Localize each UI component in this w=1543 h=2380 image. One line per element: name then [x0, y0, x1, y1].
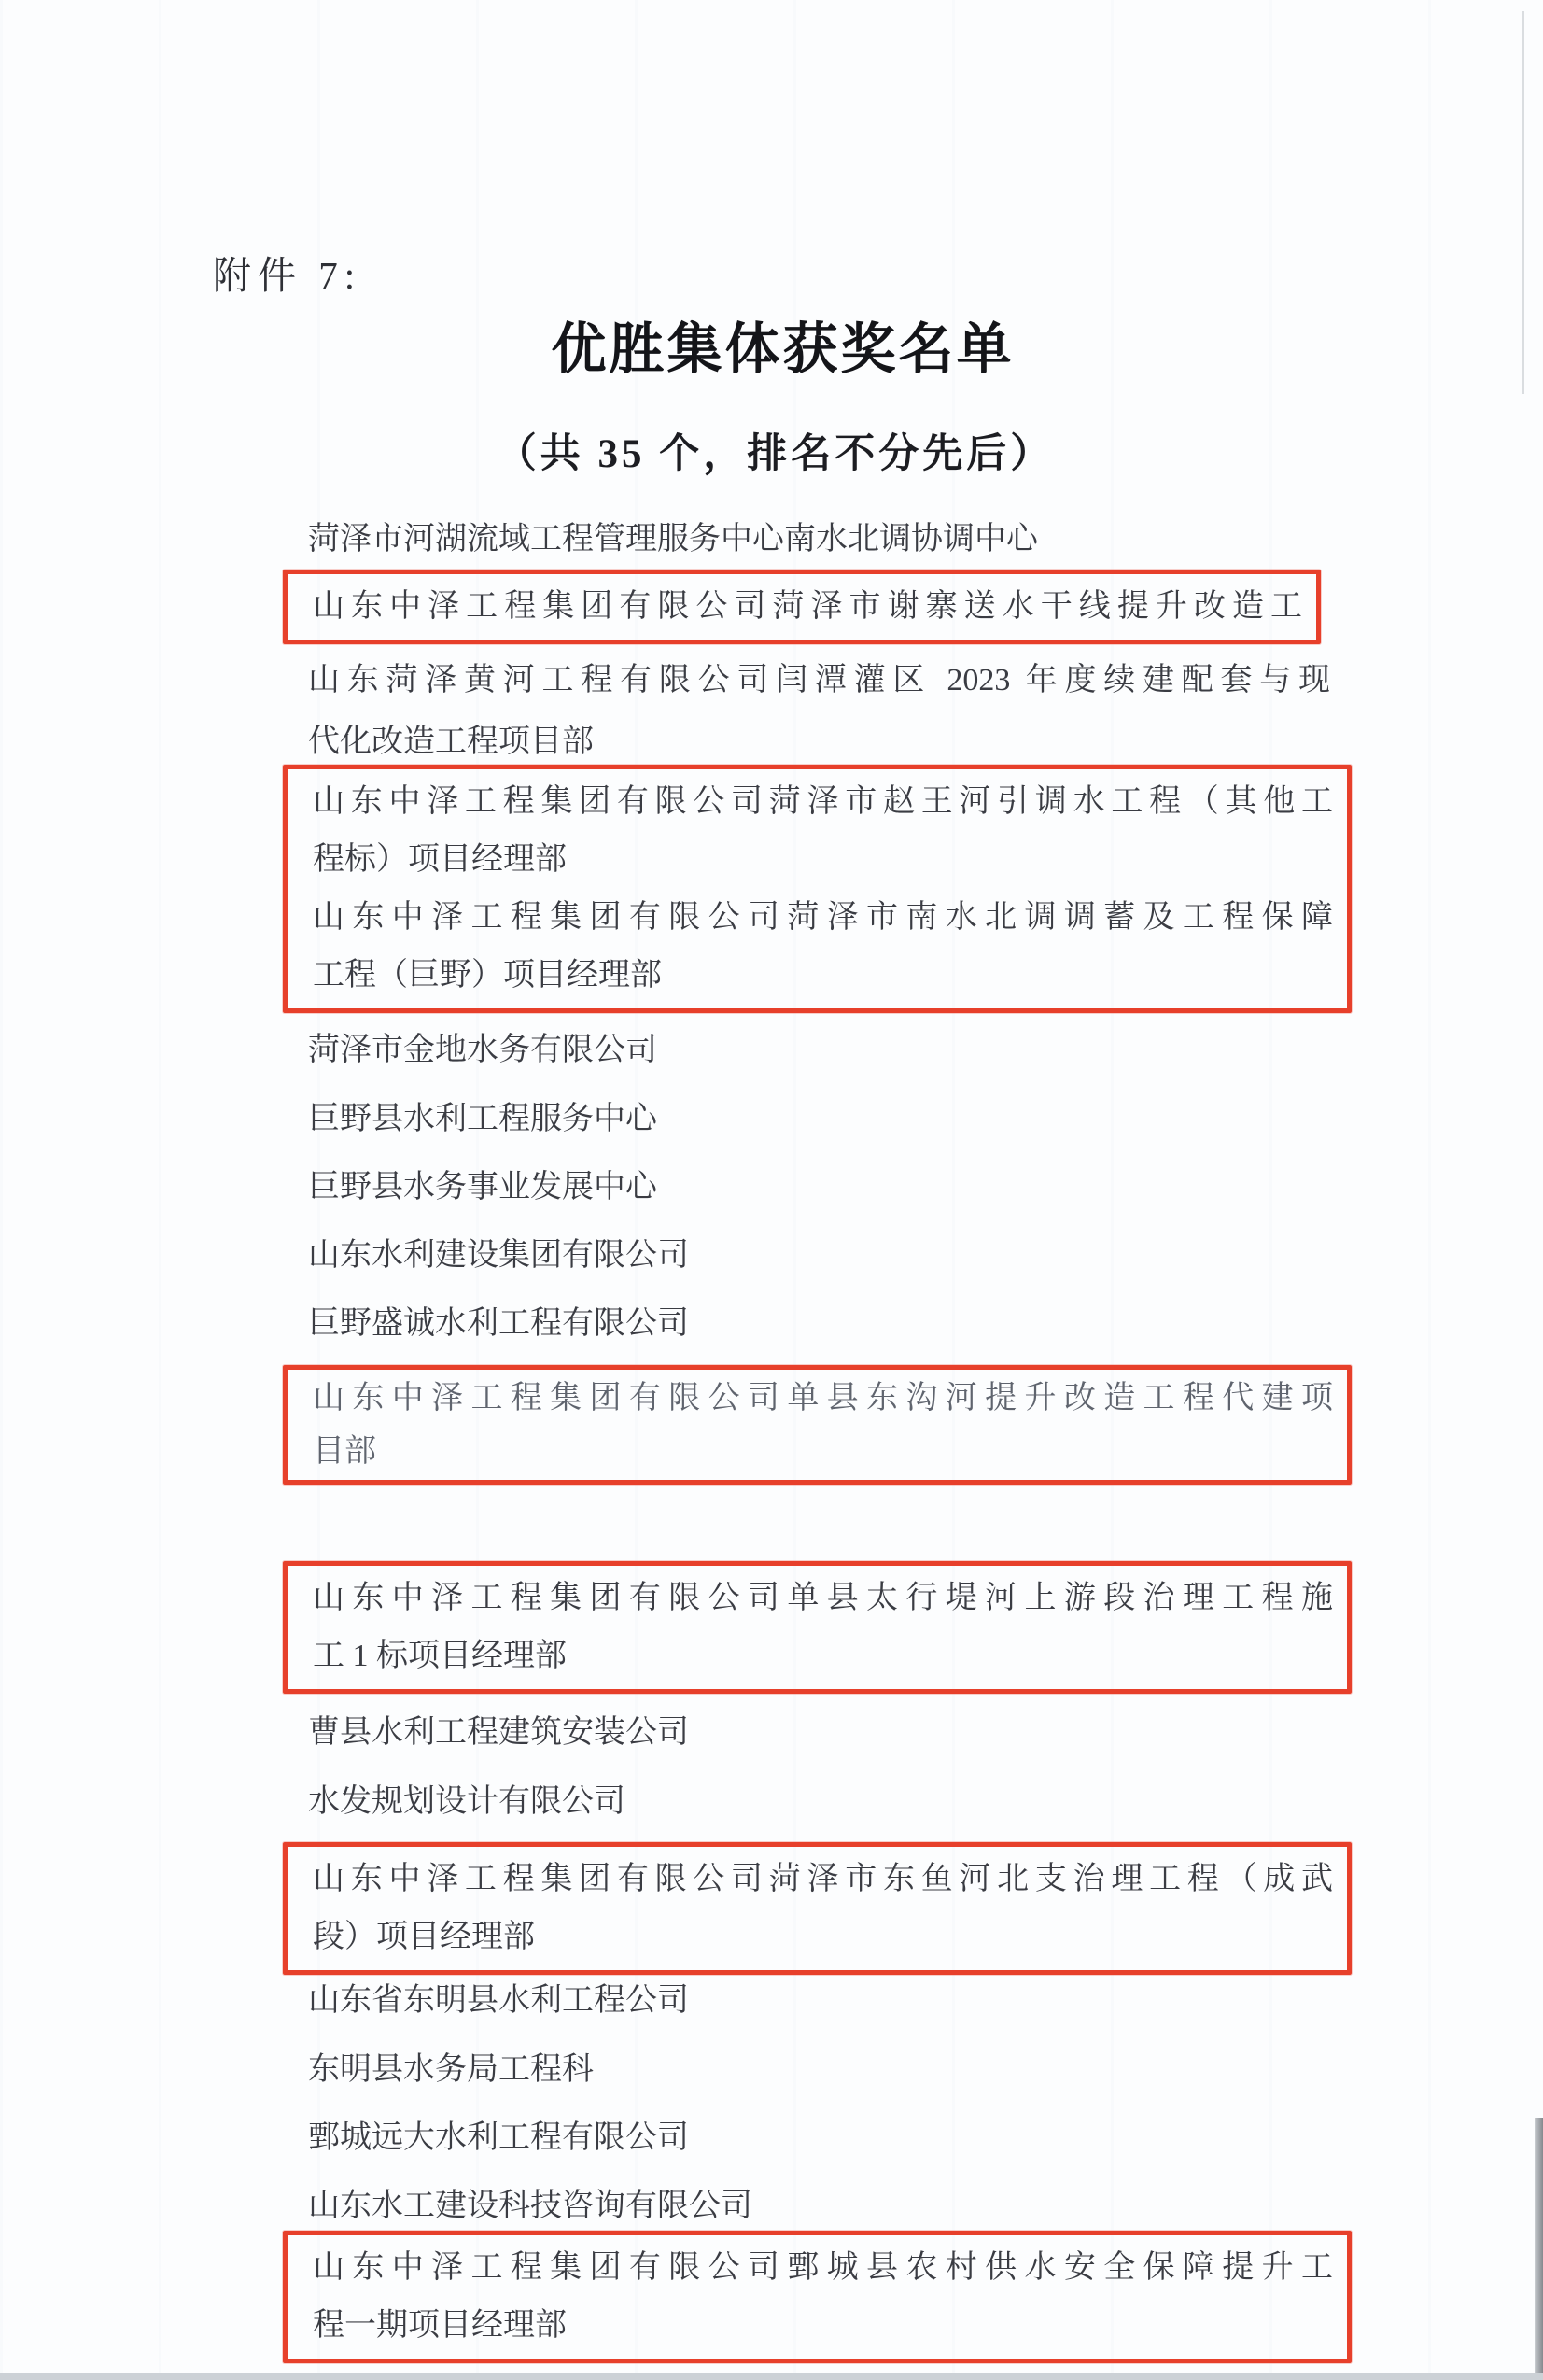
award-entry: 山东中泽工程集团有限公司菏泽市东鱼河北支治理工程（成武段）项目经理部: [313, 1851, 1333, 1966]
entry-line: 山东中泽工程集团有限公司菏泽市赵王河引调水工程（其他工: [313, 773, 1333, 831]
page-edge-shadow-bottom: [0, 2373, 1543, 2380]
document-page: 附件 7: 优胜集体获奖名单 （共 35 个，排名不分先后） 菏泽市河湖流域工程…: [0, 0, 1543, 2380]
entry-block: 巨野盛诚水利工程有限公司: [308, 1289, 1330, 1358]
award-entry: 山东中泽工程集团有限公司菏泽市谢寨送水干线提升改造工: [313, 578, 1302, 636]
award-entry: 菏泽市金地水务有限公司: [308, 1016, 1330, 1084]
entry-block: 东明县水务局工程科: [308, 2035, 1330, 2104]
entry-block: 巨野县水务事业发展中心: [308, 1153, 1330, 1221]
entry-line: 鄄城远大水利工程有限公司: [308, 2104, 1330, 2172]
entry-line: 工 1 标项目经理部: [313, 1627, 1333, 1685]
entry-line: 山东水利建设集团有限公司: [308, 1221, 1330, 1289]
award-entry: 鄄城远大水利工程有限公司: [308, 2104, 1330, 2172]
award-entry: 山东菏泽黄河工程有限公司闫潭灌区 2023 年度续建配套与现代化改造工程项目部: [308, 650, 1330, 773]
page-subtitle: （共 35 个，排名不分先后）: [4, 422, 1543, 479]
award-entry: 山东中泽工程集团有限公司单县东沟河提升改造工程代建项目部: [313, 1372, 1333, 1478]
scan-edge-line: [1522, 11, 1524, 394]
entry-block: 曹县水利工程建筑安装公司: [308, 1698, 1330, 1767]
entry-line: 山东中泽工程集团有限公司单县东沟河提升改造工程代建项: [313, 1372, 1333, 1425]
entry-line: 目部: [313, 1425, 1333, 1478]
entry-block: 山东省东明县水利工程公司: [308, 1966, 1330, 2035]
entry-line: 菏泽市金地水务有限公司: [308, 1016, 1330, 1084]
entry-line: 山东中泽工程集团有限公司菏泽市南水北调调蓄及工程保障: [313, 889, 1333, 947]
entry-line: 菏泽市河湖流域工程管理服务中心南水北调协调中心: [308, 505, 1330, 573]
entry-block: 巨野县水利工程服务中心: [308, 1085, 1330, 1153]
entry-block: 山东水利建设集团有限公司: [308, 1221, 1330, 1289]
award-entry: 山东省东明县水利工程公司: [308, 1966, 1330, 2035]
entry-line: 巨野县水利工程服务中心: [308, 1085, 1330, 1153]
award-entry: 山东中泽工程集团有限公司菏泽市赵王河引调水工程（其他工程标）项目经理部: [313, 773, 1333, 889]
entry-line: 工程（巨野）项目经理部: [313, 947, 1333, 1005]
entry-line: 程标）项目经理部: [313, 831, 1333, 889]
entry-block: 菏泽市河湖流域工程管理服务中心南水北调协调中心: [308, 505, 1330, 573]
entry-line: 山东菏泽黄河工程有限公司闫潭灌区 2023 年度续建配套与现: [308, 650, 1330, 711]
entry-line: 巨野盛诚水利工程有限公司: [308, 1289, 1330, 1358]
entry-line: 程一期项目经理部: [313, 2297, 1333, 2355]
highlighted-entry-box: 山东中泽工程集团有限公司单县东沟河提升改造工程代建项目部: [283, 1365, 1352, 1485]
entry-block: 山东菏泽黄河工程有限公司闫潭灌区 2023 年度续建配套与现代化改造工程项目部: [308, 650, 1330, 773]
highlighted-entry-box: 山东中泽工程集团有限公司菏泽市谢寨送水干线提升改造工: [283, 570, 1321, 644]
entry-line: 水发规划设计有限公司: [308, 1767, 1330, 1836]
entry-line: 山东中泽工程集团有限公司菏泽市谢寨送水干线提升改造工: [313, 578, 1302, 636]
highlighted-entry-box: 山东中泽工程集团有限公司单县太行堤河上游段治理工程施工 1 标项目经理部: [283, 1561, 1352, 1694]
award-entry: 东明县水务局工程科: [308, 2035, 1330, 2104]
entry-line: 东明县水务局工程科: [308, 2035, 1330, 2104]
highlighted-entry-box: 山东中泽工程集团有限公司鄄城县农村供水安全保障提升工程一期项目经理部: [283, 2231, 1352, 2363]
award-entry: 曹县水利工程建筑安装公司: [308, 1698, 1330, 1767]
award-entry: 巨野县水务事业发展中心: [308, 1153, 1330, 1221]
entry-line: 山东中泽工程集团有限公司鄄城县农村供水安全保障提升工: [313, 2239, 1333, 2297]
page-edge-shadow-right: [1535, 2118, 1543, 2380]
attachment-label: 附件 7:: [213, 245, 361, 300]
entry-block: 鄄城远大水利工程有限公司: [308, 2104, 1330, 2172]
award-entry: 山东中泽工程集团有限公司鄄城县农村供水安全保障提升工程一期项目经理部: [313, 2239, 1333, 2355]
award-entry: 山东中泽工程集团有限公司菏泽市南水北调调蓄及工程保障工程（巨野）项目经理部: [313, 889, 1333, 1005]
award-entry: 山东中泽工程集团有限公司单县太行堤河上游段治理工程施工 1 标项目经理部: [313, 1570, 1333, 1685]
entry-line: 曹县水利工程建筑安装公司: [308, 1698, 1330, 1767]
award-entry: 水发规划设计有限公司: [308, 1767, 1330, 1836]
entry-block: 菏泽市金地水务有限公司: [308, 1016, 1330, 1084]
award-entry: 菏泽市河湖流域工程管理服务中心南水北调协调中心: [308, 505, 1330, 573]
award-entry: 巨野盛诚水利工程有限公司: [308, 1289, 1330, 1358]
page-title: 优胜集体获奖名单: [11, 304, 1543, 384]
entry-line: 山东省东明县水利工程公司: [308, 1966, 1330, 2035]
highlighted-entry-box: 山东中泽工程集团有限公司菏泽市赵王河引调水工程（其他工程标）项目经理部山东中泽工…: [283, 765, 1352, 1013]
highlighted-entry-box: 山东中泽工程集团有限公司菏泽市东鱼河北支治理工程（成武段）项目经理部: [283, 1842, 1352, 1975]
entry-line: 巨野县水务事业发展中心: [308, 1153, 1330, 1221]
entry-line: 山东中泽工程集团有限公司菏泽市东鱼河北支治理工程（成武: [313, 1851, 1333, 1908]
entry-line: 山东中泽工程集团有限公司单县太行堤河上游段治理工程施: [313, 1570, 1333, 1627]
award-entry: 山东水利建设集团有限公司: [308, 1221, 1330, 1289]
award-entry: 巨野县水利工程服务中心: [308, 1085, 1330, 1153]
entry-line: 段）项目经理部: [313, 1908, 1333, 1966]
entry-block: 水发规划设计有限公司: [308, 1767, 1330, 1836]
